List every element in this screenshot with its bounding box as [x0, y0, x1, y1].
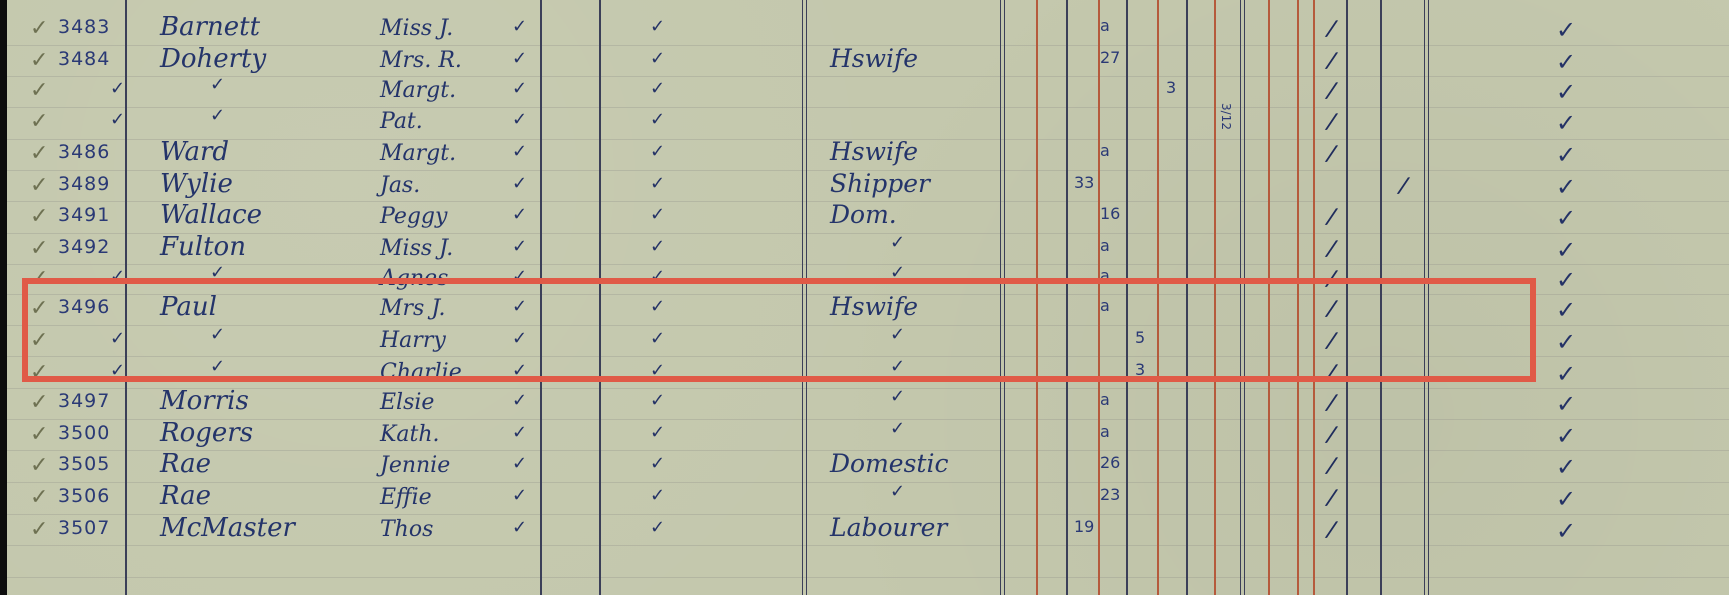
- check-mark-icon: ✓: [650, 175, 665, 193]
- tally-stroke: /: [1324, 519, 1339, 539]
- tally-stroke: /: [1324, 206, 1339, 226]
- schedule-number: 3491: [58, 206, 110, 225]
- forename: Elsie: [380, 392, 434, 414]
- check-mark-icon: ✓: [1556, 111, 1576, 135]
- ruled-line: [7, 482, 1729, 483]
- check-mark-icon: ✓: [1556, 18, 1576, 42]
- schedule-number: ✓: [110, 111, 125, 129]
- fraction-value: 3/12: [1220, 103, 1232, 130]
- forename: Jennie: [380, 455, 450, 477]
- pencil-check-icon: ✓: [30, 80, 48, 102]
- check-mark-icon: ✓: [650, 487, 665, 505]
- schedule-number: 3507: [58, 519, 110, 538]
- check-mark-icon: ✓: [650, 424, 665, 442]
- check-mark-icon: ✓: [650, 519, 665, 537]
- occupation: Shipper: [830, 171, 930, 196]
- tally-stroke: /: [1396, 175, 1411, 195]
- age-value: 33: [1074, 175, 1094, 191]
- ruled-line: [7, 76, 1729, 77]
- pencil-check-icon: ✓: [30, 50, 48, 72]
- check-mark-icon: ✓: [1556, 330, 1576, 354]
- age-value: 3: [1166, 80, 1176, 96]
- schedule-number: 3486: [58, 143, 110, 162]
- surname: Fulton: [160, 234, 246, 260]
- check-mark-icon: ✓: [512, 175, 527, 193]
- check-mark-icon: ✓: [512, 238, 527, 256]
- check-mark-icon: ✓: [512, 80, 527, 98]
- surname: Rae: [160, 483, 211, 509]
- check-mark-icon: ✓: [1556, 424, 1576, 448]
- check-mark-icon: ✓: [650, 111, 665, 129]
- surname: Rogers: [160, 420, 253, 446]
- schedule-number: 3506: [58, 487, 110, 506]
- occupation: ✓: [890, 420, 905, 438]
- check-mark-icon: ✓: [512, 143, 527, 161]
- age-value: a: [1100, 392, 1110, 408]
- pencil-check-icon: ✓: [30, 424, 48, 446]
- check-mark-icon: ✓: [512, 206, 527, 224]
- surname: McMaster: [160, 515, 295, 541]
- check-mark-icon: ✓: [1556, 362, 1576, 386]
- surname: Wallace: [160, 202, 262, 228]
- occupation: Labourer: [830, 515, 947, 540]
- surname: Doherty: [160, 46, 266, 72]
- check-mark-icon: ✓: [1556, 519, 1576, 543]
- age-value: a: [1100, 424, 1110, 440]
- check-mark-icon: ✓: [512, 487, 527, 505]
- pencil-check-icon: ✓: [30, 487, 48, 509]
- tally-stroke: /: [1324, 143, 1339, 163]
- ruled-line: [7, 107, 1729, 108]
- surname: ✓: [210, 76, 225, 94]
- age-value: 19: [1074, 519, 1094, 535]
- page-edge: [0, 0, 7, 595]
- age-value: a: [1100, 143, 1110, 159]
- highlight-box-household: [22, 278, 1536, 382]
- occupation: Hswife: [830, 46, 918, 71]
- check-mark-icon: ✓: [512, 519, 527, 537]
- check-mark-icon: ✓: [650, 455, 665, 473]
- check-mark-icon: ✓: [650, 143, 665, 161]
- ruled-line: [7, 577, 1729, 578]
- check-mark-icon: ✓: [650, 18, 665, 36]
- check-mark-icon: ✓: [1556, 455, 1576, 479]
- check-mark-icon: ✓: [1556, 80, 1576, 104]
- forename: Miss J.: [380, 18, 453, 40]
- check-mark-icon: ✓: [650, 50, 665, 68]
- check-mark-icon: ✓: [512, 50, 527, 68]
- pencil-check-icon: ✓: [30, 392, 48, 414]
- schedule-number: ✓: [110, 80, 125, 98]
- forename: Jas.: [380, 175, 420, 197]
- surname: ✓: [210, 107, 225, 125]
- forename: Margt.: [380, 143, 456, 165]
- forename: Effie: [380, 487, 432, 509]
- age-value: 23: [1100, 487, 1120, 503]
- check-mark-icon: ✓: [512, 111, 527, 129]
- occupation: ✓: [890, 234, 905, 252]
- age-value: a: [1100, 18, 1110, 34]
- tally-stroke: /: [1324, 18, 1339, 38]
- ruled-line: [7, 233, 1729, 234]
- forename: Miss J.: [380, 238, 453, 260]
- surname: Morris: [160, 388, 249, 414]
- check-mark-icon: ✓: [650, 238, 665, 256]
- forename: Peggy: [380, 206, 447, 228]
- schedule-number: 3500: [58, 424, 110, 443]
- check-mark-icon: ✓: [1556, 392, 1576, 416]
- pencil-check-icon: ✓: [30, 455, 48, 477]
- check-mark-icon: ✓: [650, 80, 665, 98]
- check-mark-icon: ✓: [512, 455, 527, 473]
- check-mark-icon: ✓: [1556, 268, 1576, 292]
- check-mark-icon: ✓: [1556, 238, 1576, 262]
- tally-stroke: /: [1324, 424, 1339, 444]
- occupation: Hswife: [830, 139, 918, 164]
- check-mark-icon: ✓: [512, 424, 527, 442]
- surname: Ward: [160, 139, 229, 165]
- ruled-line: [7, 545, 1729, 546]
- check-mark-icon: ✓: [512, 392, 527, 410]
- tally-stroke: /: [1324, 50, 1339, 70]
- register-page: ✓3483BarnettMiss J.✓✓a/✓✓3484DohertyMrs.…: [0, 0, 1729, 595]
- schedule-number: 3492: [58, 238, 110, 257]
- check-mark-icon: ✓: [650, 206, 665, 224]
- age-value: 26: [1100, 455, 1120, 471]
- tally-stroke: /: [1324, 455, 1339, 475]
- tally-stroke: /: [1324, 487, 1339, 507]
- tally-stroke: /: [1324, 238, 1339, 258]
- age-value: 27: [1100, 50, 1120, 66]
- pencil-check-icon: ✓: [30, 143, 48, 165]
- pencil-check-icon: ✓: [30, 206, 48, 228]
- forename: Thos: [380, 519, 433, 541]
- schedule-number: 3483: [58, 18, 110, 37]
- tally-stroke: /: [1324, 80, 1339, 100]
- pencil-check-icon: ✓: [30, 111, 48, 133]
- check-mark-icon: ✓: [650, 392, 665, 410]
- forename: Pat.: [380, 111, 423, 133]
- ruled-line: [7, 264, 1729, 265]
- age-value: 16: [1100, 206, 1120, 222]
- surname: Rae: [160, 451, 211, 477]
- occupation: Domestic: [830, 451, 948, 476]
- check-mark-icon: ✓: [1556, 487, 1576, 511]
- schedule-number: 3497: [58, 392, 110, 411]
- ruled-line: [7, 388, 1729, 389]
- check-mark-icon: ✓: [1556, 50, 1576, 74]
- forename: Margt.: [380, 80, 456, 102]
- check-mark-icon: ✓: [512, 18, 527, 36]
- schedule-number: 3505: [58, 455, 110, 474]
- schedule-number: 3489: [58, 175, 110, 194]
- occupation: Dom.: [830, 202, 897, 227]
- pencil-check-icon: ✓: [30, 18, 48, 40]
- forename: Mrs. R.: [380, 50, 462, 72]
- pencil-check-icon: ✓: [30, 519, 48, 541]
- pencil-check-icon: ✓: [30, 238, 48, 260]
- schedule-number: 3484: [58, 50, 110, 69]
- pencil-check-icon: ✓: [30, 175, 48, 197]
- check-mark-icon: ✓: [1556, 143, 1576, 167]
- age-value: a: [1100, 238, 1110, 254]
- surname: Barnett: [160, 14, 260, 40]
- tally-stroke: /: [1324, 392, 1339, 412]
- forename: Kath.: [380, 424, 440, 446]
- tally-stroke: /: [1324, 111, 1339, 131]
- check-mark-icon: ✓: [1556, 175, 1576, 199]
- ruled-line: [7, 419, 1729, 420]
- check-mark-icon: ✓: [1556, 206, 1576, 230]
- occupation: ✓: [890, 483, 905, 501]
- occupation: ✓: [890, 388, 905, 406]
- check-mark-icon: ✓: [1556, 298, 1576, 322]
- surname: Wylie: [160, 171, 233, 197]
